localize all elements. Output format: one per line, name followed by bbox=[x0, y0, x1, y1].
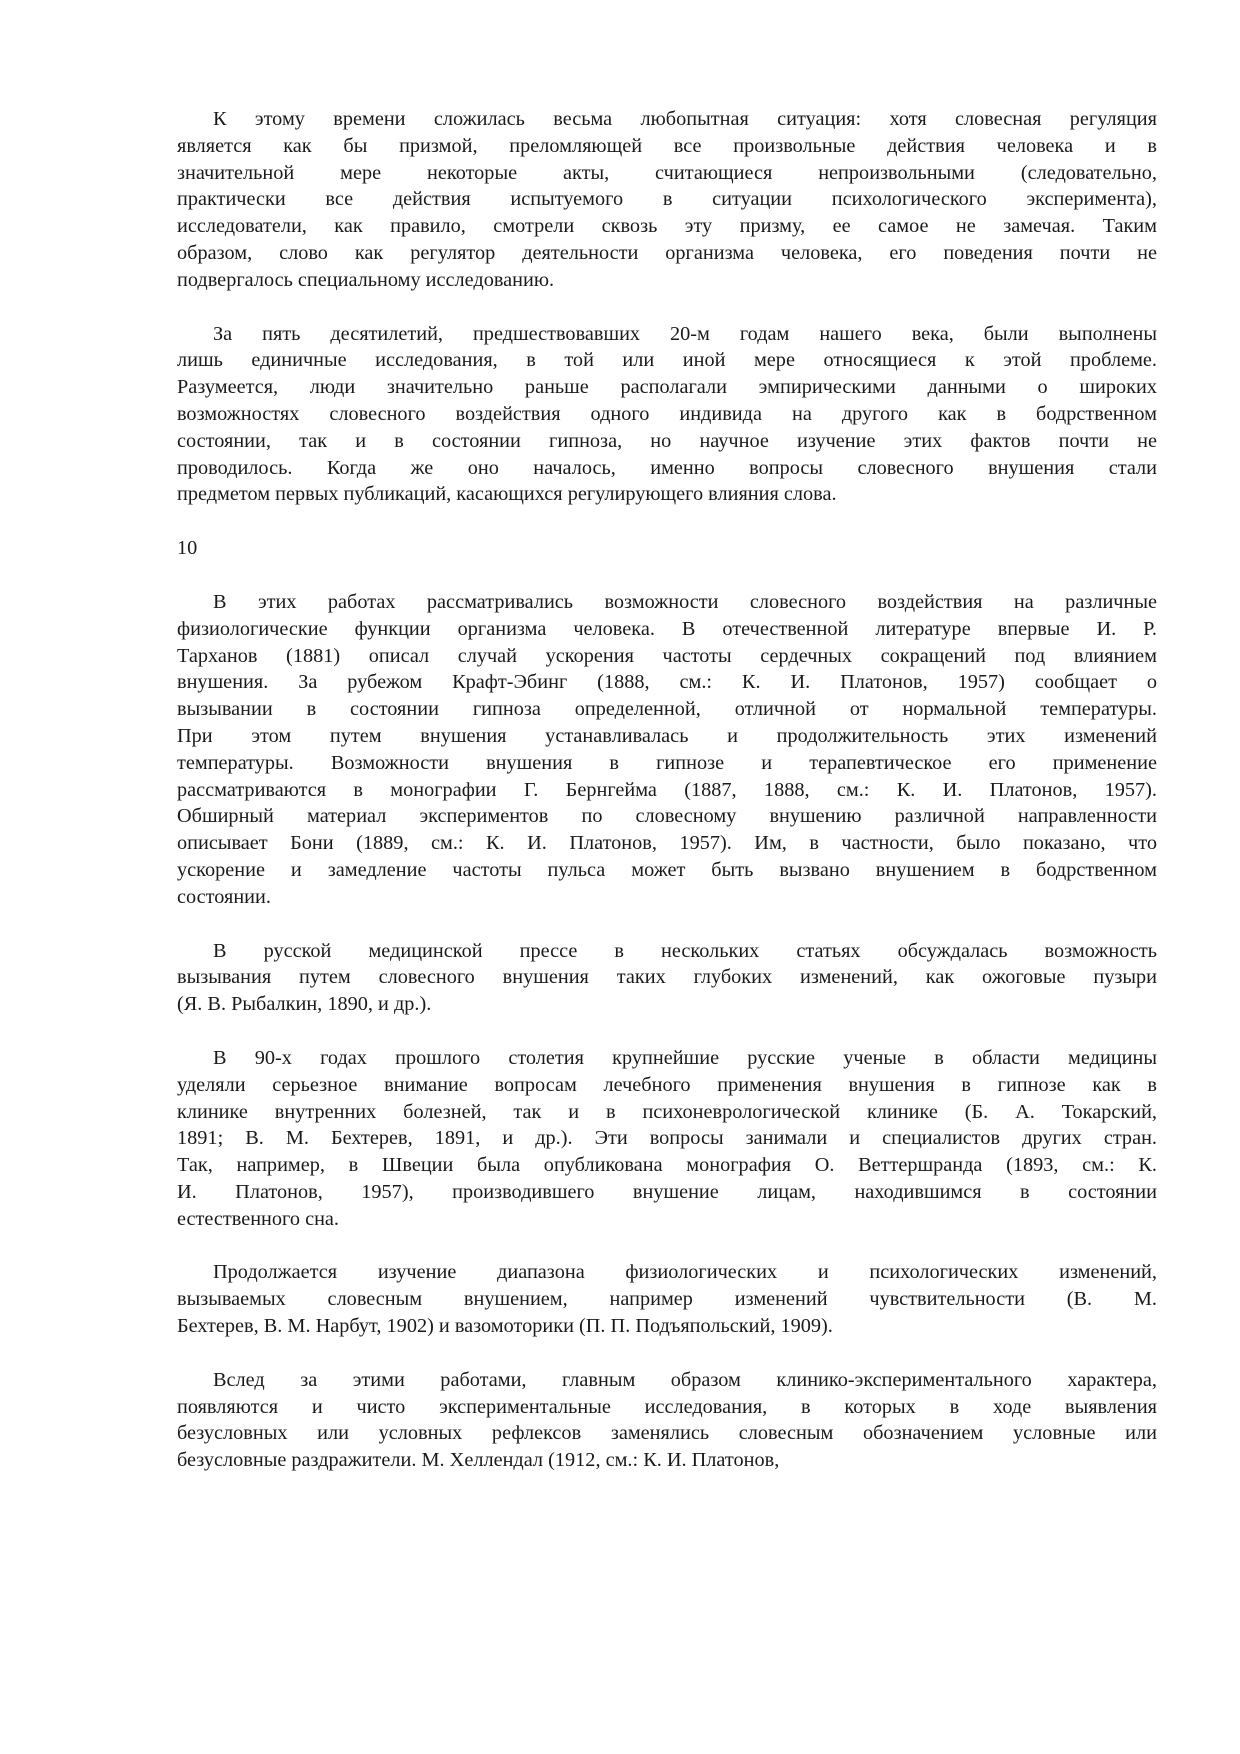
text-line: Вслед за этими работами, главным образом… bbox=[177, 1367, 1157, 1394]
text-line: В этих работах рассматривались возможнос… bbox=[177, 589, 1157, 616]
paragraph-5: В 90-х годах прошлого столетия крупнейши… bbox=[177, 1045, 1157, 1233]
text-line: внушения. За рубежом Крафт-Эбинг (1888, … bbox=[177, 669, 1157, 696]
text-line: ускорение и замедление частоты пульса мо… bbox=[177, 857, 1157, 884]
paragraph-3: В этих работах рассматривались возможнос… bbox=[177, 589, 1157, 911]
text-line: практически все действия испытуемого в с… bbox=[177, 186, 1157, 213]
text-line: (Я. В. Рыбалкин, 1890, и др.). bbox=[177, 991, 1157, 1018]
text-line: появляются и чисто экспериментальные исс… bbox=[177, 1394, 1157, 1421]
text-line: вызывании в состоянии гипноза определенн… bbox=[177, 696, 1157, 723]
text-line: Так, например, в Швеции была опубликован… bbox=[177, 1152, 1157, 1179]
text-line: проводилось. Когда же оно началось, имен… bbox=[177, 455, 1157, 482]
text-line: 1891; В. М. Бехтерев, 1891, и др.). Эти … bbox=[177, 1125, 1157, 1152]
paragraph-2: За пять десятилетий, предшествовавших 20… bbox=[177, 321, 1157, 509]
text-line: описывает Бони (1889, см.: К. И. Платоно… bbox=[177, 830, 1157, 857]
text-line: предметом первых публикаций, касающихся … bbox=[177, 481, 1157, 508]
text-line: При этом путем внушения устанавливалась … bbox=[177, 723, 1157, 750]
text-line: вызываемых словесным внушением, например… bbox=[177, 1286, 1157, 1313]
text-line: За пять десятилетий, предшествовавших 20… bbox=[177, 321, 1157, 348]
text-line: Тарханов (1881) описал случай ускорения … bbox=[177, 643, 1157, 670]
paragraph-7: Вслед за этими работами, главным образом… bbox=[177, 1367, 1157, 1474]
text-line: подвергалось специальному исследованию. bbox=[177, 267, 1157, 294]
text-line: И. Платонов, 1957), производившего внуше… bbox=[177, 1179, 1157, 1206]
text-line: Разумеется, люди значительно раньше расп… bbox=[177, 374, 1157, 401]
text-line: значительной мере некоторые акты, считаю… bbox=[177, 160, 1157, 187]
document-page: К этому времени сложилась весьма любопыт… bbox=[177, 106, 1157, 1501]
text-line: температуры. Возможности внушения в гипн… bbox=[177, 750, 1157, 777]
text-line: естественного сна. bbox=[177, 1206, 1157, 1233]
paragraph-1: К этому времени сложилась весьма любопыт… bbox=[177, 106, 1157, 294]
text-line: клинике внутренних болезней, так и в пси… bbox=[177, 1099, 1157, 1126]
text-line: исследователи, как правило, смотрели скв… bbox=[177, 213, 1157, 240]
text-line: образом, слово как регулятор деятельност… bbox=[177, 240, 1157, 267]
text-line: К этому времени сложилась весьма любопыт… bbox=[177, 106, 1157, 133]
text-line: состоянии, так и в состоянии гипноза, но… bbox=[177, 428, 1157, 455]
text-line: уделяли серьезное внимание вопросам лече… bbox=[177, 1072, 1157, 1099]
text-line: вызывания путем словесного внушения таки… bbox=[177, 964, 1157, 991]
text-line: В русской медицинской прессе в нескольки… bbox=[177, 938, 1157, 965]
text-line: безусловные раздражители. М. Хеллендал (… bbox=[177, 1447, 1157, 1474]
paragraph-4: В русской медицинской прессе в нескольки… bbox=[177, 938, 1157, 1018]
text-line: безусловных или условных рефлексов замен… bbox=[177, 1420, 1157, 1447]
text-line: физиологические функции организма челове… bbox=[177, 616, 1157, 643]
text-line: В 90-х годах прошлого столетия крупнейши… bbox=[177, 1045, 1157, 1072]
text-line: Обширный материал экспериментов по слове… bbox=[177, 803, 1157, 830]
text-line: Продолжается изучение диапазона физиолог… bbox=[177, 1259, 1157, 1286]
text-line: рассматриваются в монографии Г. Бернгейм… bbox=[177, 777, 1157, 804]
text-line: лишь единичные исследования, в той или и… bbox=[177, 347, 1157, 374]
paragraph-6: Продолжается изучение диапазона физиолог… bbox=[177, 1259, 1157, 1339]
text-line: возможностях словесного воздействия одно… bbox=[177, 401, 1157, 428]
page-number: 10 bbox=[177, 535, 1157, 562]
text-line: Бехтерев, В. М. Нарбут, 1902) и вазомото… bbox=[177, 1313, 1157, 1340]
text-line: является как бы призмой, преломляющей вс… bbox=[177, 133, 1157, 160]
text-line: состоянии. bbox=[177, 884, 1157, 911]
